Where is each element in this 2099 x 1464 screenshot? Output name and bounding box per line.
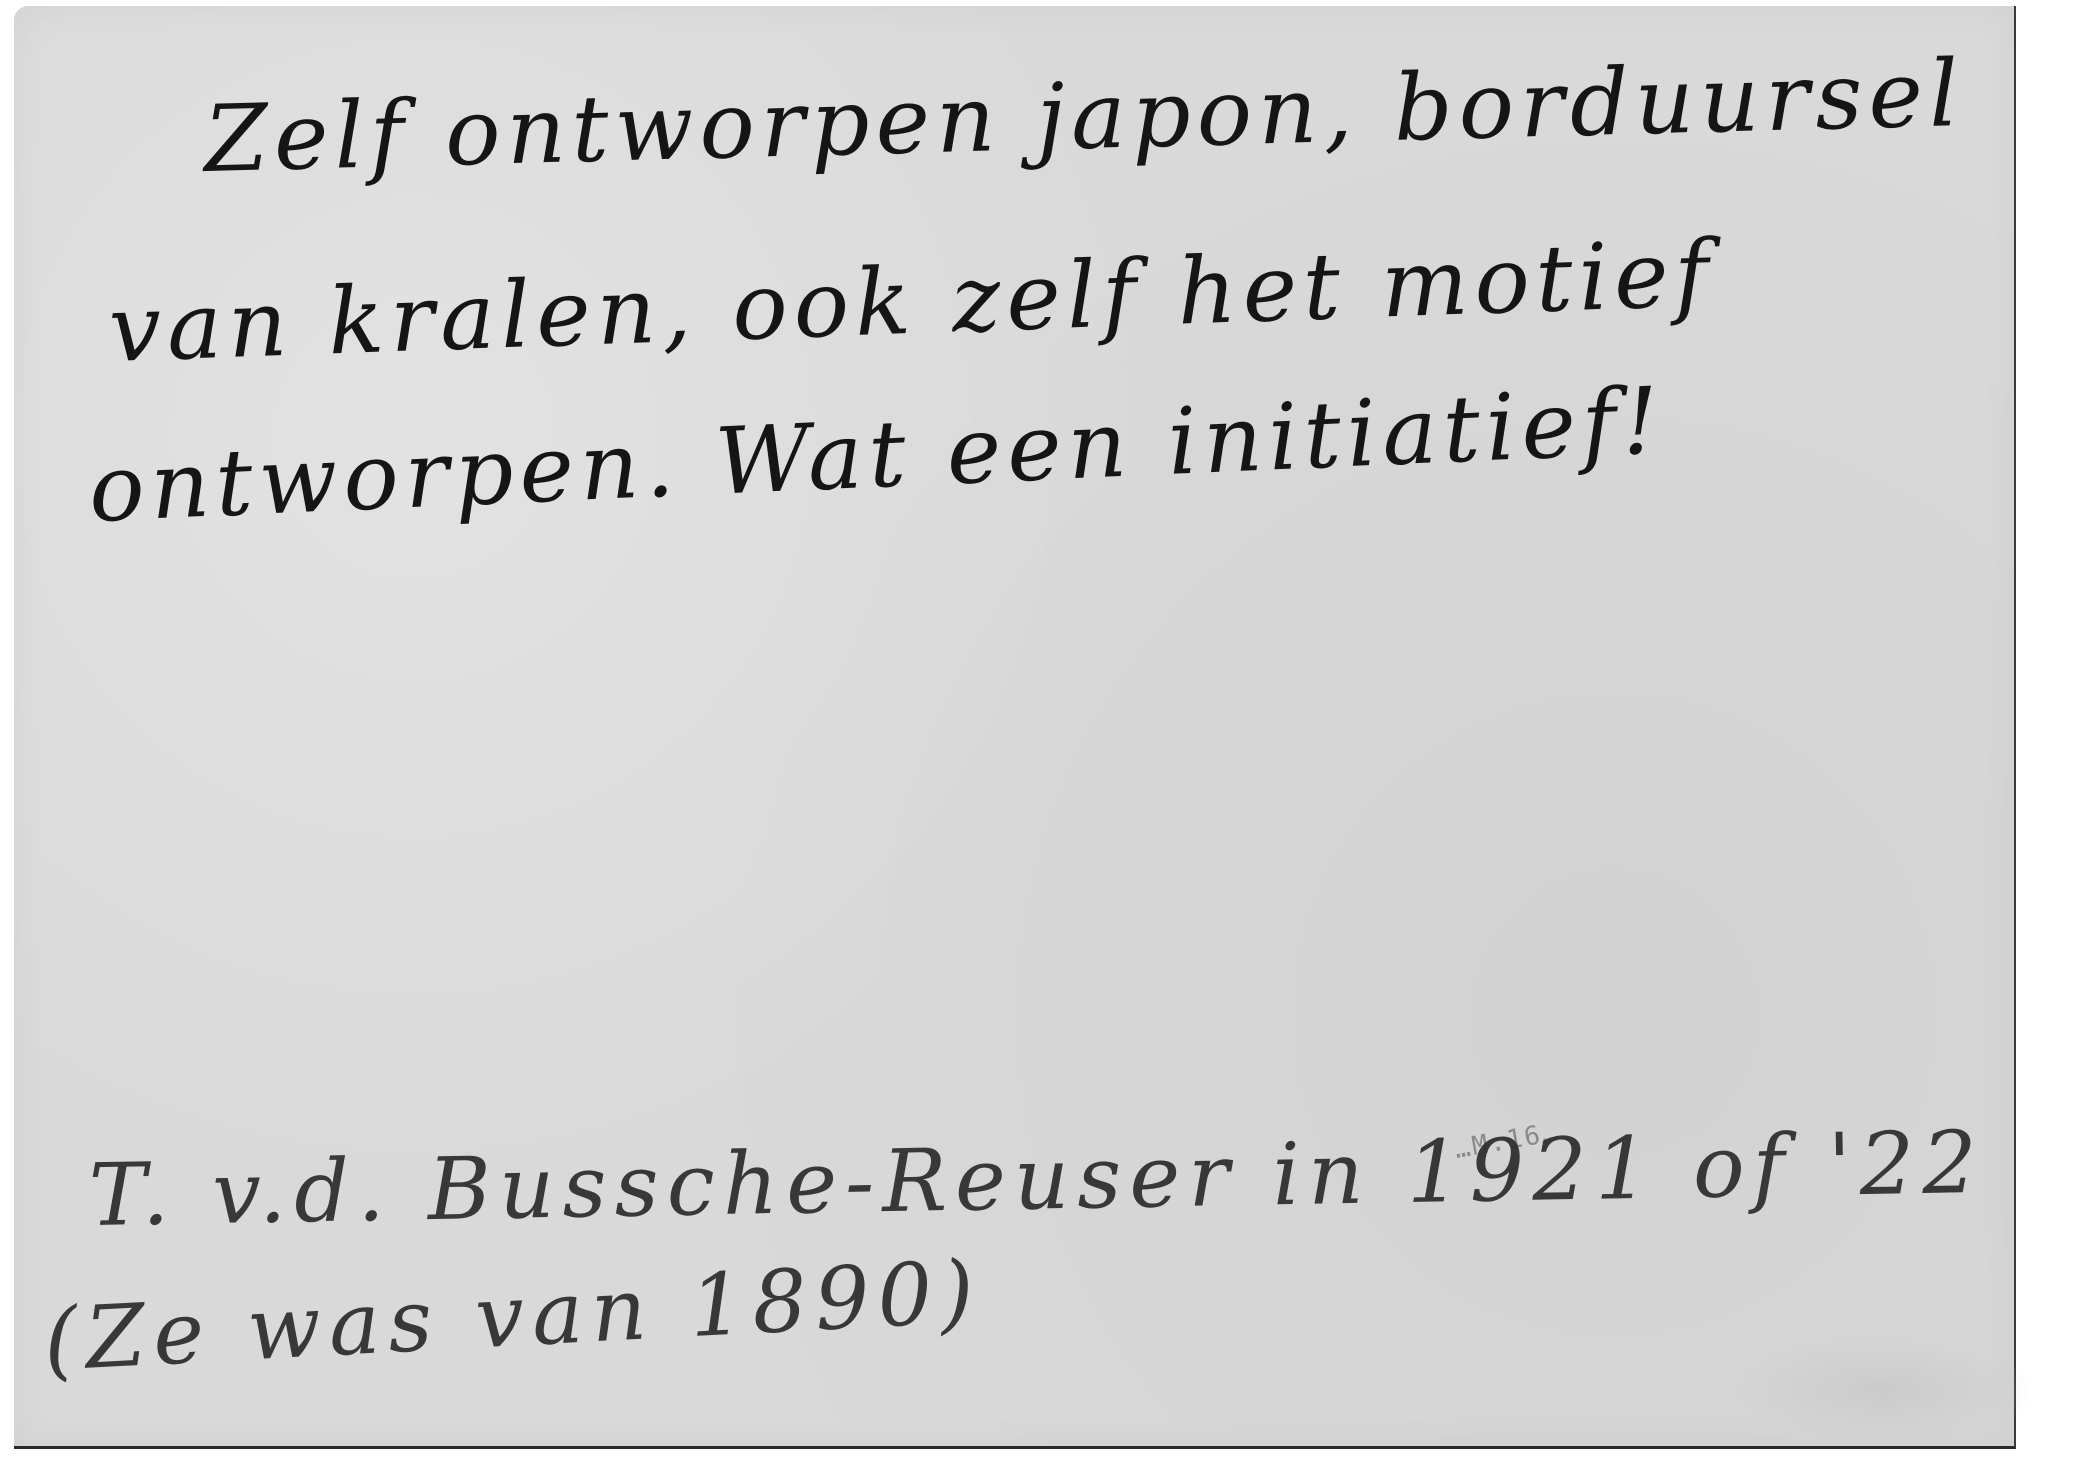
ink-line-1: Zelf ontworpen japon, borduursel (203, 40, 1966, 193)
pencil-line-attribution: T. v.d. Bussche-Reuser in 1921 of '22 (88, 1113, 1986, 1246)
pencil-line-birthyear: (Ze was van 1890) (41, 1242, 984, 1391)
ink-line-2: van kralen, ook zelf het motief (107, 220, 1716, 383)
paper-smudge (1734, 1336, 2034, 1446)
ink-line-3: ontworpen. Wat een initiatief! (87, 367, 1667, 543)
handwritten-card: Zelf ontworpen japon, borduursel van kra… (14, 6, 2016, 1449)
